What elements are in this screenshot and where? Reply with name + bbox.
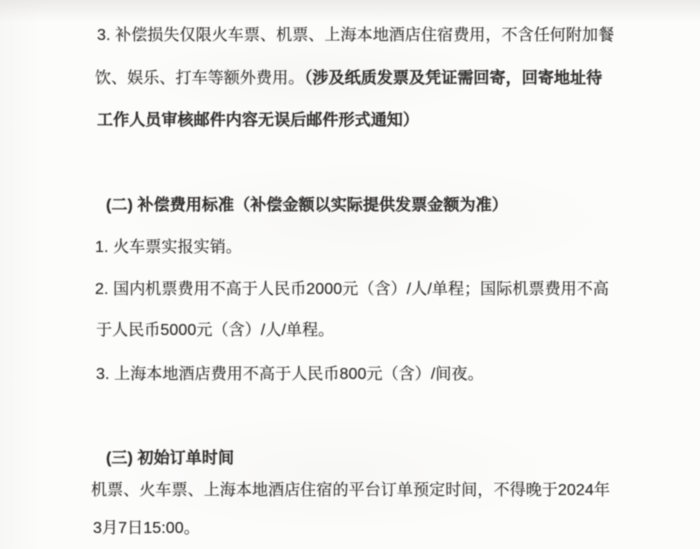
clause3-line-2-bold-note: （涉及纸质发票及凭证需回寄，回寄地址待	[304, 70, 602, 87]
section3-heading: (三) 初始订单时间	[106, 448, 234, 470]
clause3-line-3: 工作人员审核邮件内容无误后邮件形式通知）	[97, 110, 419, 132]
section2-item-1: 1. 火车票实报实销。	[95, 237, 242, 259]
clause3-line-1: 3. 补偿损失仅限火车票、机票、上海本地酒店住宿费用，不含任何附加餐	[97, 25, 614, 47]
section2-heading: (二) 补偿费用标准（补偿金额以实际提供发票金额为准）	[106, 195, 508, 217]
section3-body-line-2: 3月7日15:00。	[93, 518, 200, 540]
section3-body-line-1: 机票、火车票、上海本地酒店住宿的平台订单预定时间，不得晚于2024年	[91, 480, 610, 502]
section2-item-2-line-2: 于人民币5000元（含）/人/单程。	[96, 320, 334, 342]
clause3-line-2: 饮、娱乐、打车等额外费用。（涉及纸质发票及凭证需回寄，回寄地址待	[95, 68, 602, 90]
section2-item-3: 3. 上海本地酒店费用不高于人民币800元（含）/间夜。	[96, 364, 484, 386]
document-photo: 3. 补偿损失仅限火车票、机票、上海本地酒店住宿费用，不含任何附加餐 饮、娱乐、…	[0, 0, 700, 549]
section2-item-2-line-1: 2. 国内机票费用不高于人民币2000元（含）/人/单程；国际机票费用不高	[95, 279, 609, 301]
clause3-line-2-regular: 饮、娱乐、打车等额外费用。	[95, 70, 304, 87]
